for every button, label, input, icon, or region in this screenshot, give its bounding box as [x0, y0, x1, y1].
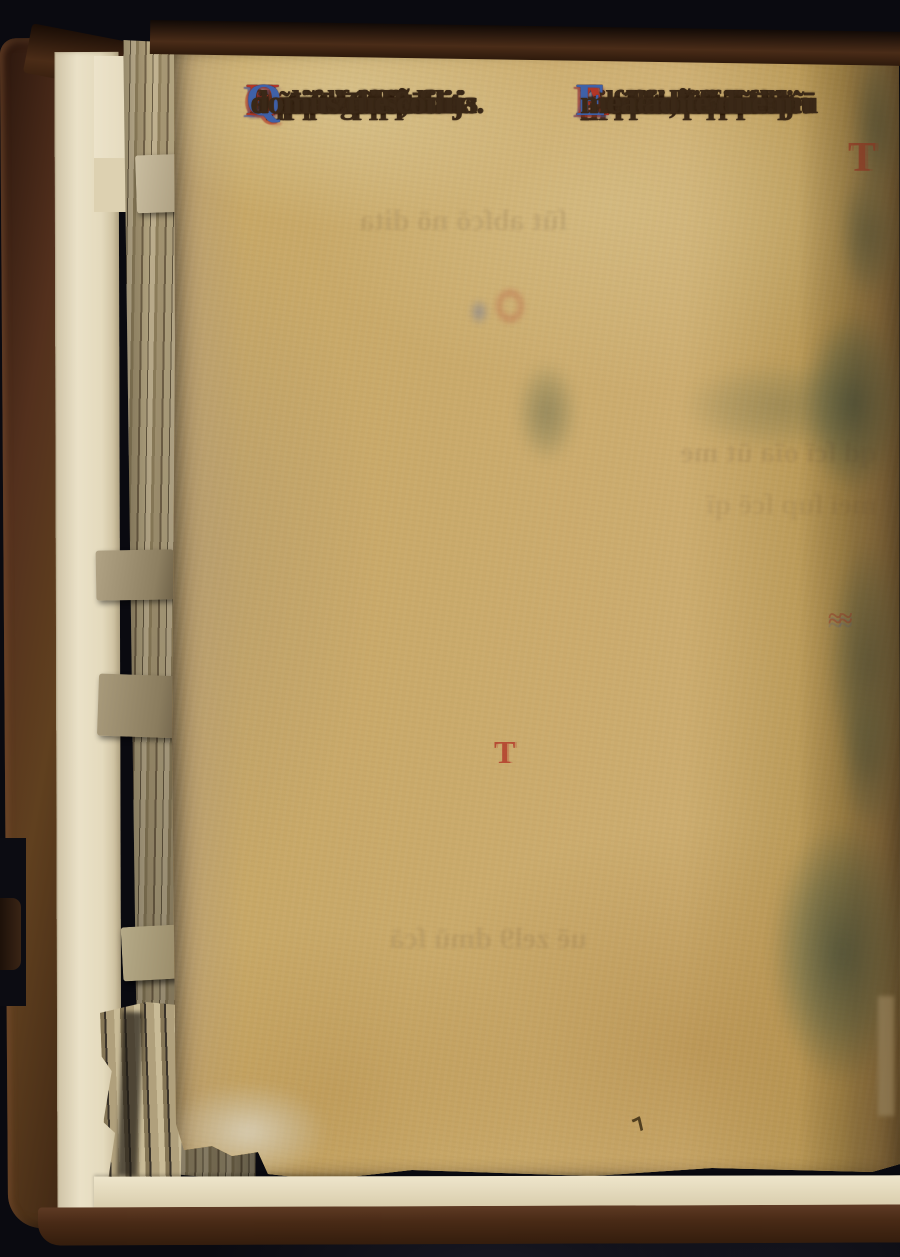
manuscript-text-line: domus tue con [250, 78, 443, 130]
show-through-text: meī ſup ſcē qī [597, 488, 877, 522]
ink-speck-icon: ⁊ [627, 1109, 647, 1135]
manuscript-text-line: meā ad te dñe: m̃ [580, 78, 810, 130]
rubric-mark-icon: T [494, 734, 515, 771]
leather-cover-bottom [38, 1204, 900, 1245]
mold-stain [840, 169, 900, 299]
show-through-text: uē zel9 dmū ſcā [377, 922, 587, 956]
show-through-initial-red [490, 282, 530, 330]
index-tab [96, 549, 175, 600]
mold-stain [840, 692, 900, 832]
manuscript-photo: ſūt abſcō nō dita qd ſcī oīa ūt me meī ſ… [0, 0, 900, 1257]
mold-stain [517, 362, 577, 462]
parchment-page: ſūt abſcō nō dita qd ſcī oīa ūt me meī ſ… [172, 44, 900, 1184]
under-leaf-edge [878, 996, 894, 1116]
show-through-initial-blue [464, 292, 494, 332]
index-tab [97, 674, 185, 739]
clasp-remnant [0, 898, 21, 970]
show-through-text: ſūt abſcō nō dita [267, 204, 567, 238]
mold-stain [802, 312, 900, 494]
